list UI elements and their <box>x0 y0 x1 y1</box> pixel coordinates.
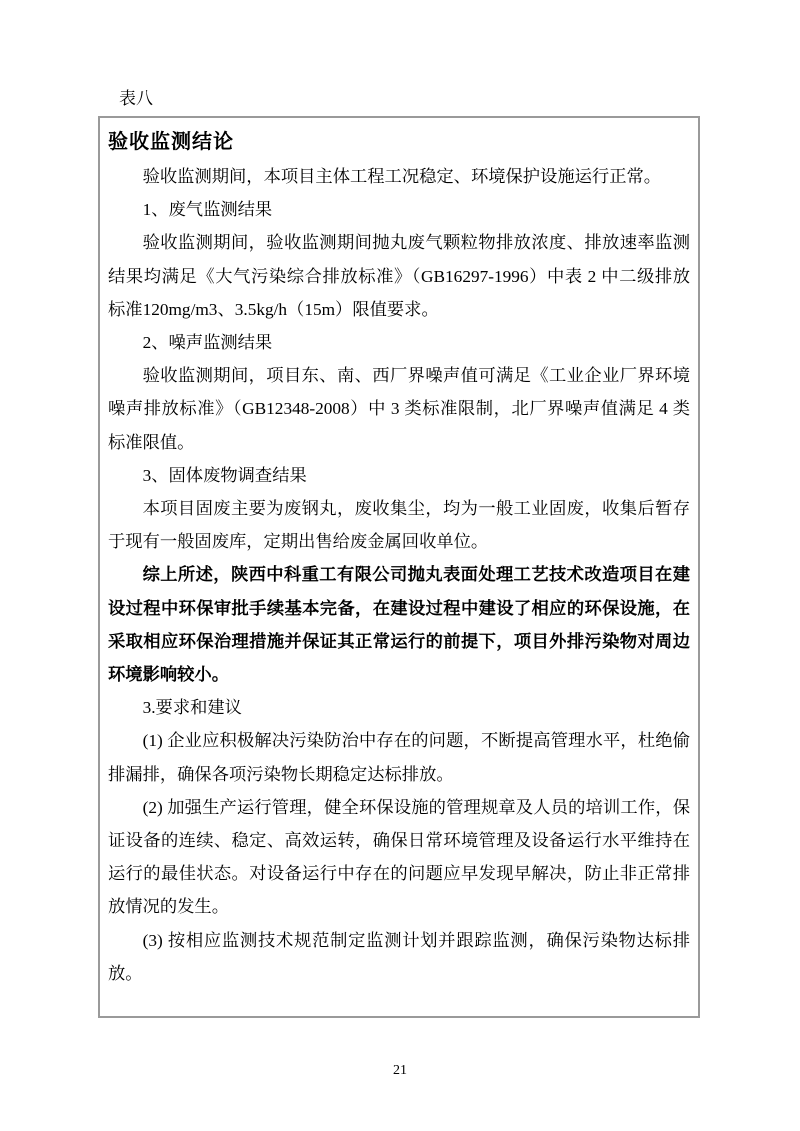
doc-paragraph: 验收监测期间，本项目主体工程工况稳定、环境保护设施运行正常。 <box>108 160 690 193</box>
subsection-heading: 3、固体废物调查结果 <box>108 459 690 492</box>
subsection-heading: 3.要求和建议 <box>108 691 690 724</box>
doc-paragraph: (1) 企业应积极解决污染防治中存在的问题，不断提高管理水平，杜绝偷排漏排，确保… <box>108 724 690 790</box>
doc-paragraph: (2) 加强生产运行管理，健全环保设施的管理规章及人员的培训工作，保证设备的连续… <box>108 791 690 924</box>
section-body: 验收监测期间，本项目主体工程工况稳定、环境保护设施运行正常。 1、废气监测结果 … <box>108 160 690 990</box>
document-page: 表八 验收监测结论 验收监测期间，本项目主体工程工况稳定、环境保护设施运行正常。… <box>0 0 800 1131</box>
subsection-heading: 2、噪声监测结果 <box>108 326 690 359</box>
subsection-heading: 1、废气监测结果 <box>108 193 690 226</box>
doc-paragraph: 本项目固废主要为废钢丸，废收集尘，均为一般工业固废，收集后暂存于现有一般固废库，… <box>108 492 690 558</box>
doc-paragraph: 验收监测期间，验收监测期间抛丸废气颗粒物排放浓度、排放速率监测结果均满足《大气污… <box>108 226 690 326</box>
page-number: 21 <box>0 1062 800 1080</box>
table-label: 表八 <box>119 88 153 110</box>
section-title: 验收监测结论 <box>108 124 690 160</box>
doc-paragraph: 验收监测期间，项目东、南、西厂界噪声值可满足《工业企业厂界环境噪声排放标准》（G… <box>108 359 690 459</box>
doc-paragraph: (3) 按相应监测技术规范制定监测计划并跟踪监测，确保污染物达标排放。 <box>108 924 690 990</box>
conclusion-table-cell: 验收监测结论 验收监测期间，本项目主体工程工况稳定、环境保护设施运行正常。 1、… <box>98 116 700 1018</box>
summary-paragraph: 综上所述，陕西中科重工有限公司抛丸表面处理工艺技术改造项目在建设过程中环保审批手… <box>108 558 690 691</box>
